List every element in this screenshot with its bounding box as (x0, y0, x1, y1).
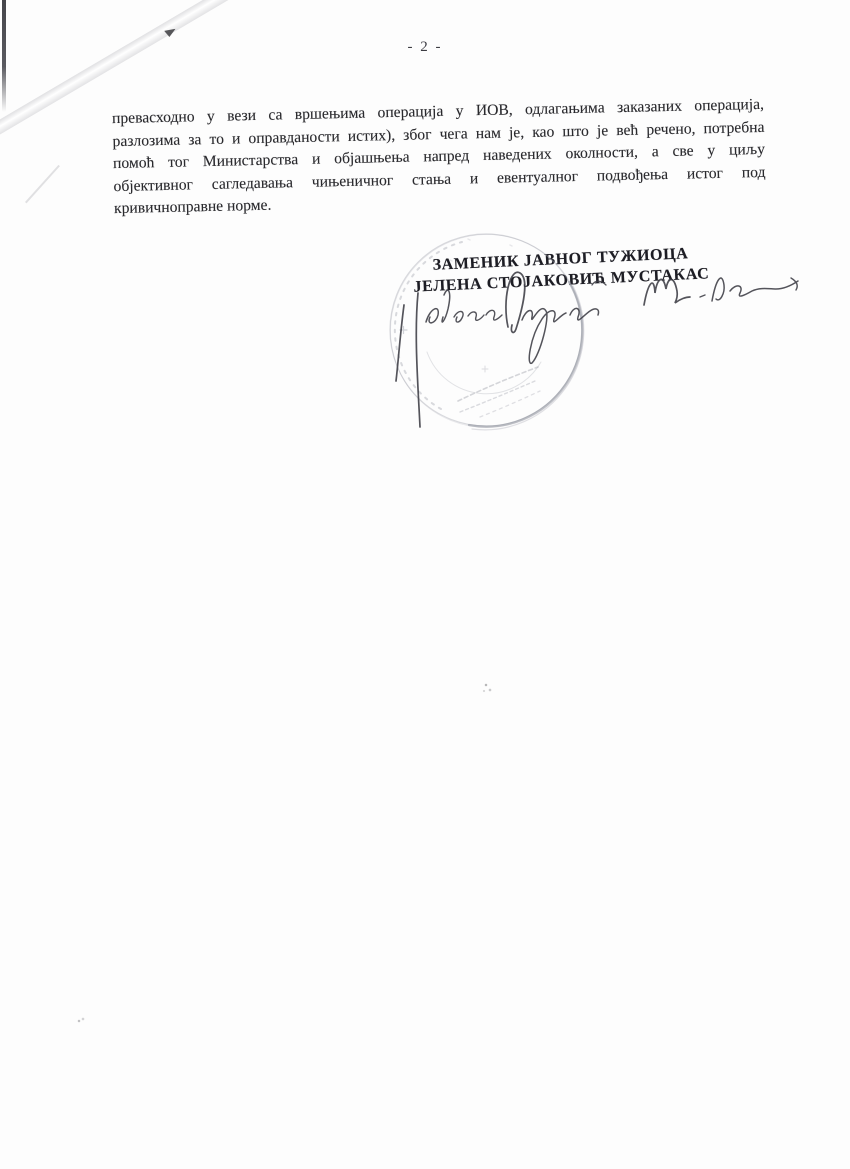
scan-edge-shadow (2, 0, 6, 112)
scanned-document-page: - 2 - превасходно у вези са вршењима опе… (0, 0, 850, 1169)
ink-speck (76, 1016, 86, 1026)
stamp-and-signature-overlay (360, 205, 830, 450)
ink-speck (482, 683, 494, 695)
signature-block: ЗАМЕНИК ЈАВНОГ ТУЖИОЦА ЈЕЛЕНА СТОЈАКОВИЋ… (401, 243, 721, 298)
scan-crease-secondary (25, 165, 60, 203)
page-number: - 2 - (0, 39, 850, 56)
body-paragraph: превасходно у вези са вршењима операција… (112, 94, 766, 221)
